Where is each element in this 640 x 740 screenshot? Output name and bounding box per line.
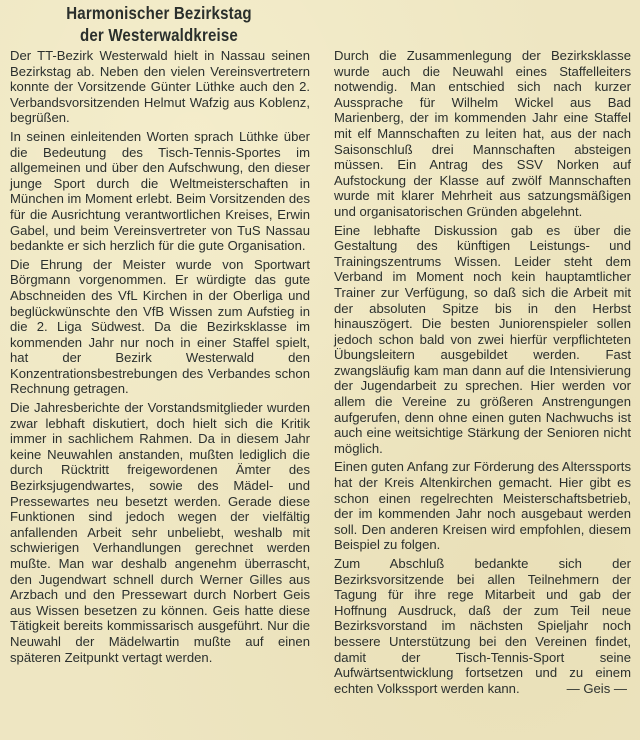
newspaper-clipping: Harmonischer Bezirkstag der Westerwaldkr… — [0, 0, 640, 740]
article-column-right: Durch die Zusammenlegung der Bezirksklas… — [334, 48, 631, 699]
paragraph: In seinen einleitenden Worten sprach Lüt… — [10, 129, 310, 254]
headline-line-1: Harmonischer Bezirkstag — [34, 2, 283, 24]
paragraph: Die Ehrung der Meister wurde von Sportwa… — [10, 257, 310, 397]
article-column-left: Der TT-Bezirk Westerwald hielt in Nassau… — [10, 48, 310, 668]
paragraph-text: Zum Abschluß bedankte sich der Bezirksvo… — [334, 556, 631, 696]
paragraph: Einen guten Anfang zur Förderung des Alt… — [334, 459, 631, 553]
article-headline: Harmonischer Bezirkstag der Westerwaldkr… — [34, 2, 283, 46]
paragraph: Der TT-Bezirk Westerwald hielt in Nassau… — [10, 48, 310, 126]
paragraph: Die Jahresberichte der Vorstandsmitglied… — [10, 400, 310, 665]
paragraph: Durch die Zusammenlegung der Bezirksklas… — [334, 48, 631, 220]
paragraph-final: Zum Abschluß bedankte sich der Bezirksvo… — [334, 556, 631, 696]
author-signature: — Geis — — [567, 681, 627, 697]
headline-line-2: der Westerwaldkreise — [34, 24, 283, 46]
paragraph: Eine lebhafte Diskussion gab es über die… — [334, 223, 631, 457]
